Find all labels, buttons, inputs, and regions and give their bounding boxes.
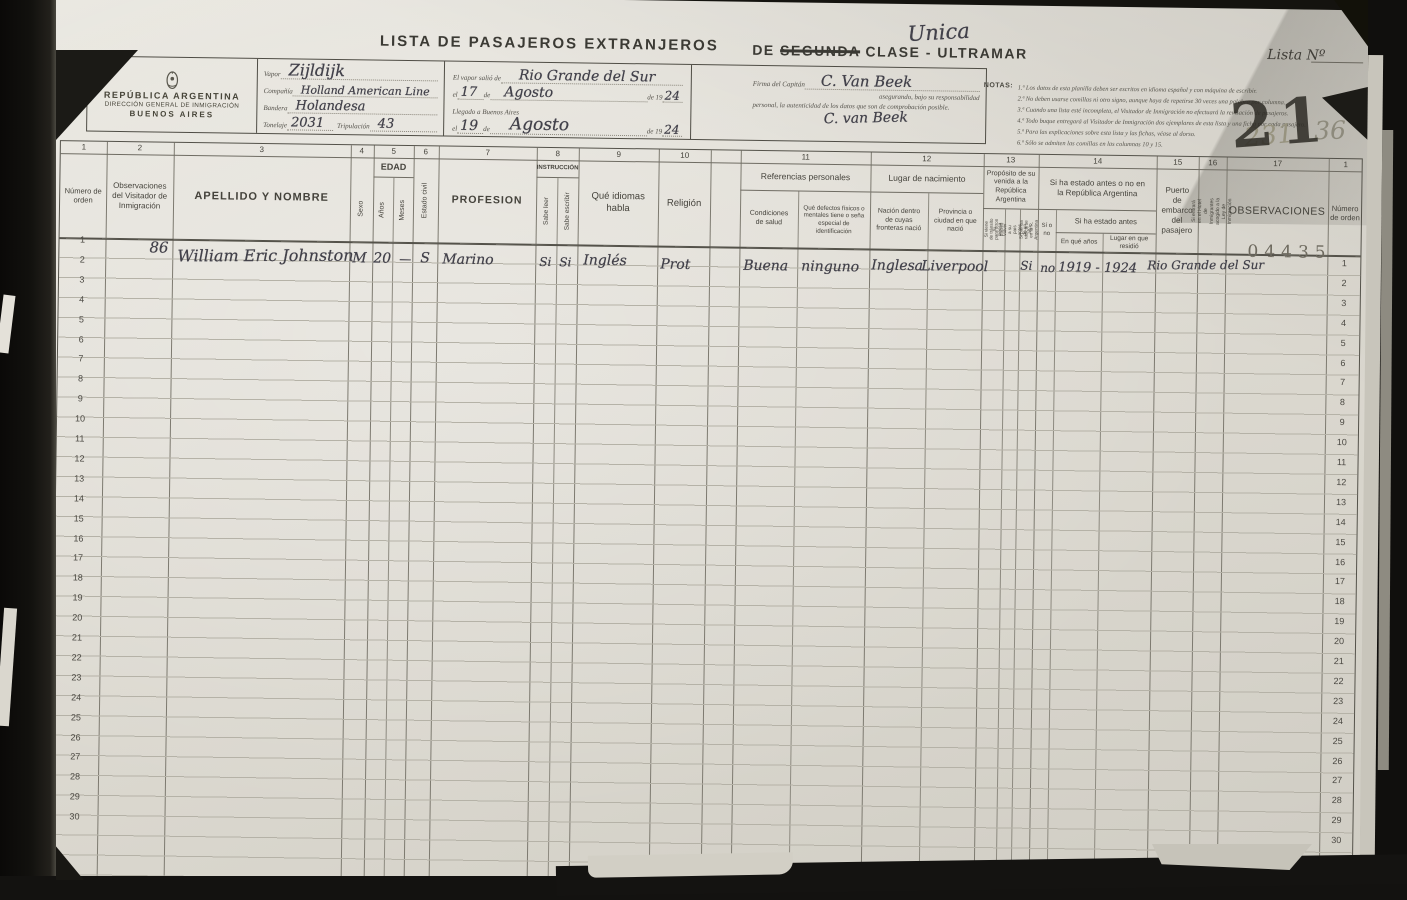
salio-year: 24	[665, 89, 680, 103]
row-number-left: 28	[52, 771, 98, 782]
coat-of-arms-icon	[165, 71, 180, 90]
salio-day: 17	[461, 85, 478, 100]
entry-nacion: Inglesa	[871, 257, 923, 274]
llegado-year-line: 24	[662, 119, 682, 137]
row-number-left: 24	[53, 692, 99, 703]
row-number-left: 11	[57, 433, 103, 444]
row-number-right: 11	[1324, 457, 1358, 467]
document-page: LISTA DE PASAJEROS EXTRANJEROS DE SEGUND…	[38, 0, 1372, 900]
scanned-passenger-list-photo: LISTA DE PASAJEROS EXTRANJEROS DE SEGUND…	[0, 0, 1407, 900]
row-number-left: 16	[55, 533, 101, 544]
row-number-right: 24	[1321, 716, 1355, 726]
salud-header: Condiciones de salud	[740, 191, 799, 248]
edad-meses-header: Meses	[398, 200, 407, 221]
row-number-left: 9	[57, 393, 103, 404]
col4-header: Sexo	[357, 200, 366, 216]
document-subtitle: DE SEGUNDA CLASE - ULTRAMAR	[752, 42, 1052, 62]
entry-visitador-note: 86	[149, 238, 168, 256]
row-number-right: 10	[1325, 437, 1359, 447]
row-number-left: 7	[58, 354, 104, 365]
row-number-right: 16	[1323, 556, 1357, 566]
row-number-left: 6	[58, 334, 104, 345]
firma-value: C. Van Beek	[821, 72, 912, 91]
col-number: 7	[473, 148, 503, 157]
row-number-left: 17	[55, 553, 101, 564]
document-title: LISTA DE PASAJEROS EXTRANJEROS	[379, 33, 719, 55]
col-number: 8	[543, 149, 573, 158]
col-number: 11	[791, 152, 821, 161]
captain-line2: asegurando, bajo su responsabilidad	[753, 92, 980, 102]
tonelaje-line: 2031	[287, 112, 333, 131]
row-number-left: 19	[54, 592, 100, 603]
col-number: 12	[912, 154, 942, 163]
col-number: 14	[1083, 156, 1113, 165]
bandera-label: Bandera	[263, 104, 287, 113]
proposito-radicarse-header: Si piensa radicarse en la R. Argentina	[1019, 220, 1039, 240]
entry-sabe-escribir: Si	[559, 255, 571, 269]
row-number-left: 13	[56, 473, 102, 484]
tripulacion-value: 43	[378, 117, 395, 132]
col9-header: Qué idiomas habla	[578, 160, 659, 245]
row-number-left: 30	[51, 811, 97, 822]
row-number-right: 29	[1319, 815, 1353, 825]
struck-class-word: SEGUNDA	[780, 42, 860, 59]
passenger-table: 1 2 3 4 5 6 7 8 9 10 11 12 13 14 15 16 1…	[50, 140, 1363, 895]
instruccion-banner: INSTRUCCIÓN	[536, 160, 578, 179]
entry-sexo: M	[352, 250, 367, 266]
llegado-day-line: 19	[457, 116, 483, 134]
estado-antes-banner: Si ha estado antes o no en la República …	[1038, 167, 1157, 212]
vapor-label: Vapor	[264, 70, 281, 79]
row-number-left: 26	[53, 732, 99, 743]
handwritten-class-correction: Unica	[907, 19, 970, 46]
entry-estado-civil: S	[420, 250, 430, 266]
agency-department: DIRECCIÓN GENERAL DE INMIGRACIÓN	[105, 101, 240, 110]
row-number-left: 22	[54, 652, 100, 663]
row-number-right: 30	[1319, 835, 1353, 845]
salio-day-line: 17	[458, 82, 484, 100]
row-numbers-left: 1234567891011121314151617181920212223242…	[51, 234, 106, 875]
ship-box: Vapor Zijldijk Compañía Holland American…	[257, 59, 445, 136]
col2-header: Observaciones del Visitador de Inmigraci…	[106, 154, 174, 239]
row-number-right: 18	[1323, 596, 1357, 606]
col-number: 10	[670, 151, 700, 160]
entry-estuvo-antes: no	[1040, 261, 1055, 275]
col-number: 2	[125, 143, 155, 152]
proposito-banner: Propósito de su venida a la República Ar…	[983, 166, 1039, 210]
row-ruling	[51, 238, 1361, 894]
entry-defectos: ninguno	[801, 259, 859, 276]
row-number-right: 26	[1320, 755, 1354, 765]
si-o-no-header: Sí o no	[1037, 210, 1056, 251]
entry-profesion: Marino	[442, 252, 494, 269]
row-number-right: 9	[1325, 417, 1359, 427]
lugar-residio-header: Lugar en que residió	[1102, 234, 1155, 253]
row-number-left: 5	[58, 314, 104, 325]
col-number: 15	[1163, 158, 1193, 167]
entry-name: William Eric Johnston	[177, 246, 353, 266]
row-number-left: 20	[54, 612, 100, 623]
row-number-right: 28	[1320, 795, 1354, 805]
row-number-left: 23	[53, 672, 99, 683]
tonelaje-value: 2031	[291, 115, 324, 130]
tripulacion-line: 43	[370, 113, 438, 132]
entry-edad-meses: —	[399, 252, 411, 266]
row-number-right: 27	[1320, 775, 1354, 785]
entry-puerto-embarco: Rio Grande del Sur	[1147, 258, 1264, 272]
row-number-right: 7	[1326, 377, 1360, 387]
entry-ciudad: Liverpool	[921, 258, 988, 275]
referencias-banner: Referencias personales	[740, 163, 870, 193]
torn-bottom-edge	[588, 852, 793, 878]
row-number-left: 8	[58, 373, 104, 384]
row-number-right: 21	[1322, 656, 1356, 666]
row-number-right: 19	[1322, 616, 1356, 626]
entry-anos-estadia: 1919 - 1924	[1058, 260, 1137, 276]
entry-idiomas: Inglés	[583, 252, 627, 269]
row-number-right: 5	[1326, 337, 1360, 347]
row-number-right: 13	[1324, 497, 1358, 507]
row-number-right: 20	[1322, 636, 1356, 646]
col7-header: PROFESION	[438, 158, 537, 243]
entry-edad-anos: 20	[373, 251, 391, 267]
row-number-left: 27	[52, 751, 98, 762]
row-number-right: 8	[1325, 397, 1359, 407]
row-number-left: 21	[54, 632, 100, 643]
row-number-left: 10	[57, 413, 103, 424]
llegado-month: Agosto	[510, 114, 569, 135]
header-boxes: REPÚBLICA ARGENTINA DIRECCIÓN GENERAL DE…	[86, 56, 987, 145]
row-number-right: 22	[1321, 676, 1355, 686]
llegado-de19-label: de 19	[647, 127, 662, 136]
agency-country: REPÚBLICA ARGENTINA	[104, 90, 240, 102]
si-ha-estado-banner: Si ha estado antes	[1056, 210, 1156, 234]
row-number-right: 3	[1327, 298, 1361, 308]
entry-religion: Prot	[660, 257, 690, 273]
col-number: 5	[379, 147, 409, 156]
llegado-year: 24	[664, 123, 679, 137]
firma-line: C. Van Beek	[805, 72, 980, 92]
row-number-left: 4	[59, 294, 105, 305]
sabe-escribir-header: Sabe escribir	[563, 192, 572, 230]
row-number-left: 12	[56, 453, 102, 464]
col-number: 16	[1198, 158, 1228, 167]
entry-sabe-leer: Si	[539, 255, 551, 269]
row-number-right: 14	[1324, 517, 1358, 527]
provincia-header: Provincia o ciudad en que nació	[927, 193, 983, 250]
sabe-leer-header: Sabe leer	[542, 197, 551, 225]
col-number: 9	[604, 150, 634, 159]
agency-city: BUENOS AIRES	[129, 109, 214, 119]
edad-banner: EDAD	[373, 158, 413, 179]
row-number-right: 6	[1326, 357, 1360, 367]
col18-header: Número de orden	[1327, 171, 1362, 255]
row-number-right: 17	[1323, 576, 1357, 586]
salio-month: Agosto	[504, 84, 553, 101]
salio-de19-label: de 19	[647, 93, 662, 102]
nacion-header: Nación dentro de cuyas fronteras nació	[869, 192, 928, 249]
tonelaje-field: Tonelaje 2031 Tripulación 43	[263, 113, 437, 132]
defectos-header: Qué defectos físicos o mentales tiene o …	[798, 191, 871, 248]
row-number-left: 14	[56, 493, 102, 504]
book-binding-edge	[0, 0, 56, 900]
voyage-box: El vapor salió de Rio Grande del Sur el …	[444, 62, 692, 139]
col-number: 4	[347, 146, 377, 155]
col-number: 17	[1263, 159, 1293, 168]
subtitle-de: DE	[752, 42, 780, 58]
tripulacion-label: Tripulación	[337, 122, 370, 131]
row-number-right: 15	[1323, 536, 1357, 546]
page-number-stamp: 21	[1228, 90, 1330, 157]
llegado-day: 19	[460, 118, 478, 134]
captain-box: Firma del Capitán C. Van Beek asegurando…	[744, 66, 988, 143]
firma-field: Firma del Capitán C. Van Beek	[753, 72, 980, 92]
col10-header: Religión	[658, 162, 711, 247]
col6-header: Estado civil	[421, 183, 430, 219]
notas-label: NOTAS:	[984, 82, 1013, 89]
col1-header: Número de orden	[60, 153, 107, 238]
firma-label: Firma del Capitán	[753, 80, 805, 90]
tonelaje-label: Tonelaje	[263, 121, 287, 130]
salio-month-line: Agosto	[490, 82, 647, 102]
col-number: 1	[1331, 160, 1361, 169]
col-number: 13	[996, 155, 1026, 164]
captain-signature: C. van Beek	[752, 108, 979, 129]
row-number-left: 15	[56, 513, 102, 524]
llegado-date-field: el 19 de Agosto de 19 24	[452, 117, 682, 137]
row-number-left: 18	[55, 572, 101, 583]
salio-year-line: 24	[663, 85, 683, 103]
col-number: 1	[69, 142, 99, 151]
vapor-value: Zijldijk	[289, 60, 346, 80]
entry-salud: Buena	[743, 258, 788, 275]
llegado-month-line: Agosto	[490, 116, 647, 136]
row-number-left: 29	[52, 791, 98, 802]
en-que-anos-header: En qué años	[1055, 233, 1102, 252]
col3-header: APELLIDO Y NOMBRE	[173, 155, 351, 241]
row-number-right: 4	[1326, 318, 1360, 328]
row-number-right: 25	[1321, 735, 1355, 745]
edad-anos-header: Años	[379, 202, 388, 218]
row-number-left: 25	[53, 712, 99, 723]
row-number-right: 12	[1324, 477, 1358, 487]
entry-proposito: Si	[1020, 259, 1032, 273]
nacimiento-banner: Lugar de nacimiento	[870, 164, 983, 194]
col-number: 6	[411, 147, 441, 156]
col-number: 3	[247, 145, 277, 154]
row-number-right: 23	[1321, 696, 1355, 706]
subtitle-rest: CLASE - ULTRAMAR	[860, 43, 1028, 61]
